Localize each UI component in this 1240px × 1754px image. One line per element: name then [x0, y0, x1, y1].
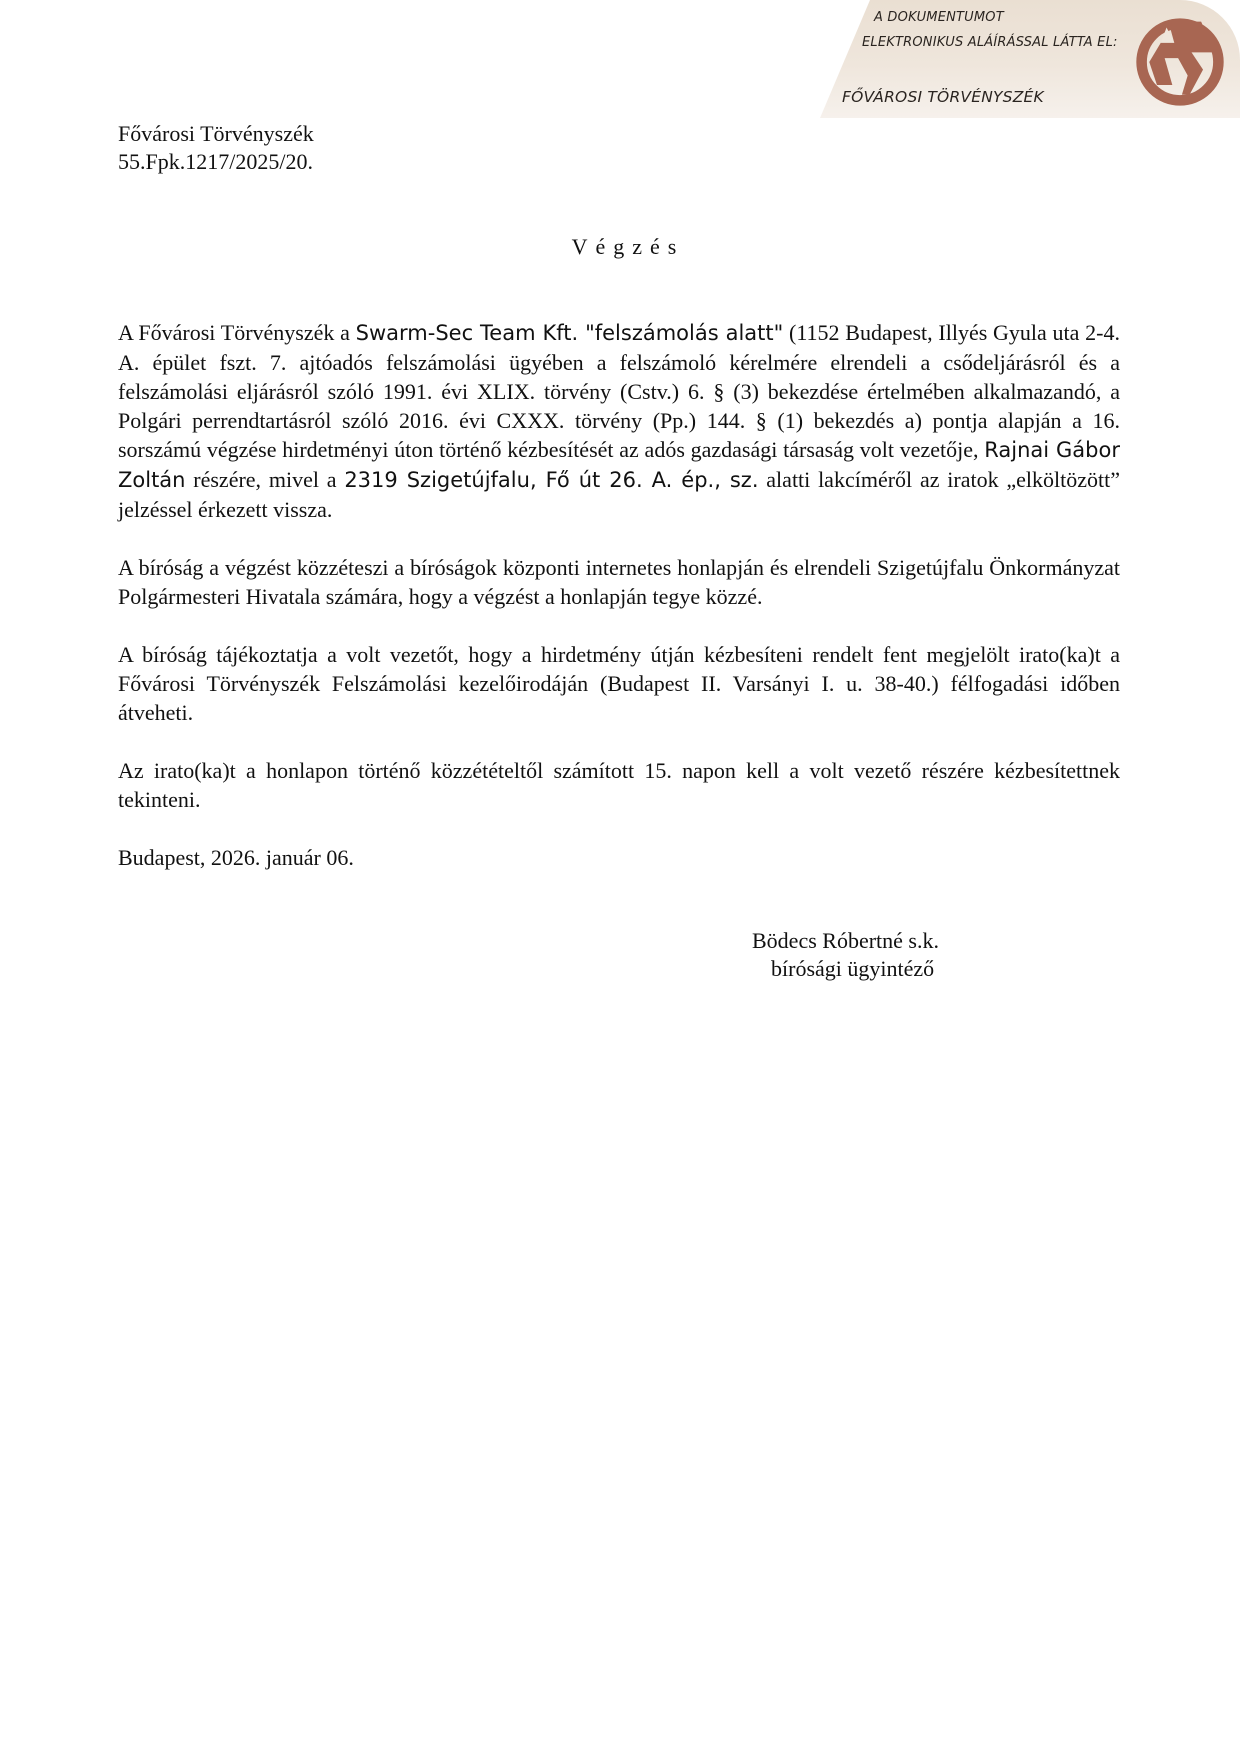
paragraph-delivery: Az irato(ka)t a honlapon történő közzété… — [118, 756, 1120, 814]
paragraph-order: A Fővárosi Törvényszék a Swarm-Sec Team … — [118, 318, 1120, 524]
person-address: 2319 Szigetújfalu, Fő út 26. A. ép., sz. — [344, 468, 758, 492]
paragraph-notice: A bíróság tájékoztatja a volt vezetőt, h… — [118, 640, 1120, 727]
document-date: Budapest, 2026. január 06. — [118, 843, 1120, 872]
stamp-line-1: A DOKUMENTUMOT — [874, 10, 1004, 25]
document-page: A DOKUMENTUMOT ELEKTRONIKUS ALÁÍRÁSSAL L… — [0, 0, 1240, 1754]
document-body: A Fővárosi Törvényszék a Swarm-Sec Team … — [118, 318, 1120, 901]
court-logo-icon — [1132, 14, 1228, 110]
company-name: Swarm-Sec Team Kft. "felszámolás alatt" — [356, 321, 784, 345]
signatory-name: Bödecs Róbertné s.k. — [752, 927, 939, 955]
signature-block: Bödecs Róbertné s.k. bírósági ügyintéző — [752, 927, 939, 983]
signatory-role: bírósági ügyintéző — [752, 955, 939, 983]
stamp-line-2: ELEKTRONIKUS ALÁÍRÁSSAL LÁTTA EL: — [862, 35, 1118, 50]
paragraph-publication: A bíróság a végzést közzéteszi a bíróság… — [118, 553, 1120, 611]
electronic-signature-stamp: A DOKUMENTUMOT ELEKTRONIKUS ALÁÍRÁSSAL L… — [820, 0, 1240, 118]
document-title: Végzés — [0, 234, 1240, 260]
p1-text-c: részére, mivel a — [185, 467, 344, 492]
p1-text-a: A Fővárosi Törvényszék a — [118, 320, 356, 345]
case-number: 55.Fpk.1217/2025/20. — [118, 148, 314, 176]
stamp-court-name: FŐVÁROSI TÖRVÉNYSZÉK — [842, 88, 1044, 106]
document-header: Fővárosi Törvényszék 55.Fpk.1217/2025/20… — [118, 120, 314, 176]
court-name: Fővárosi Törvényszék — [118, 120, 314, 148]
